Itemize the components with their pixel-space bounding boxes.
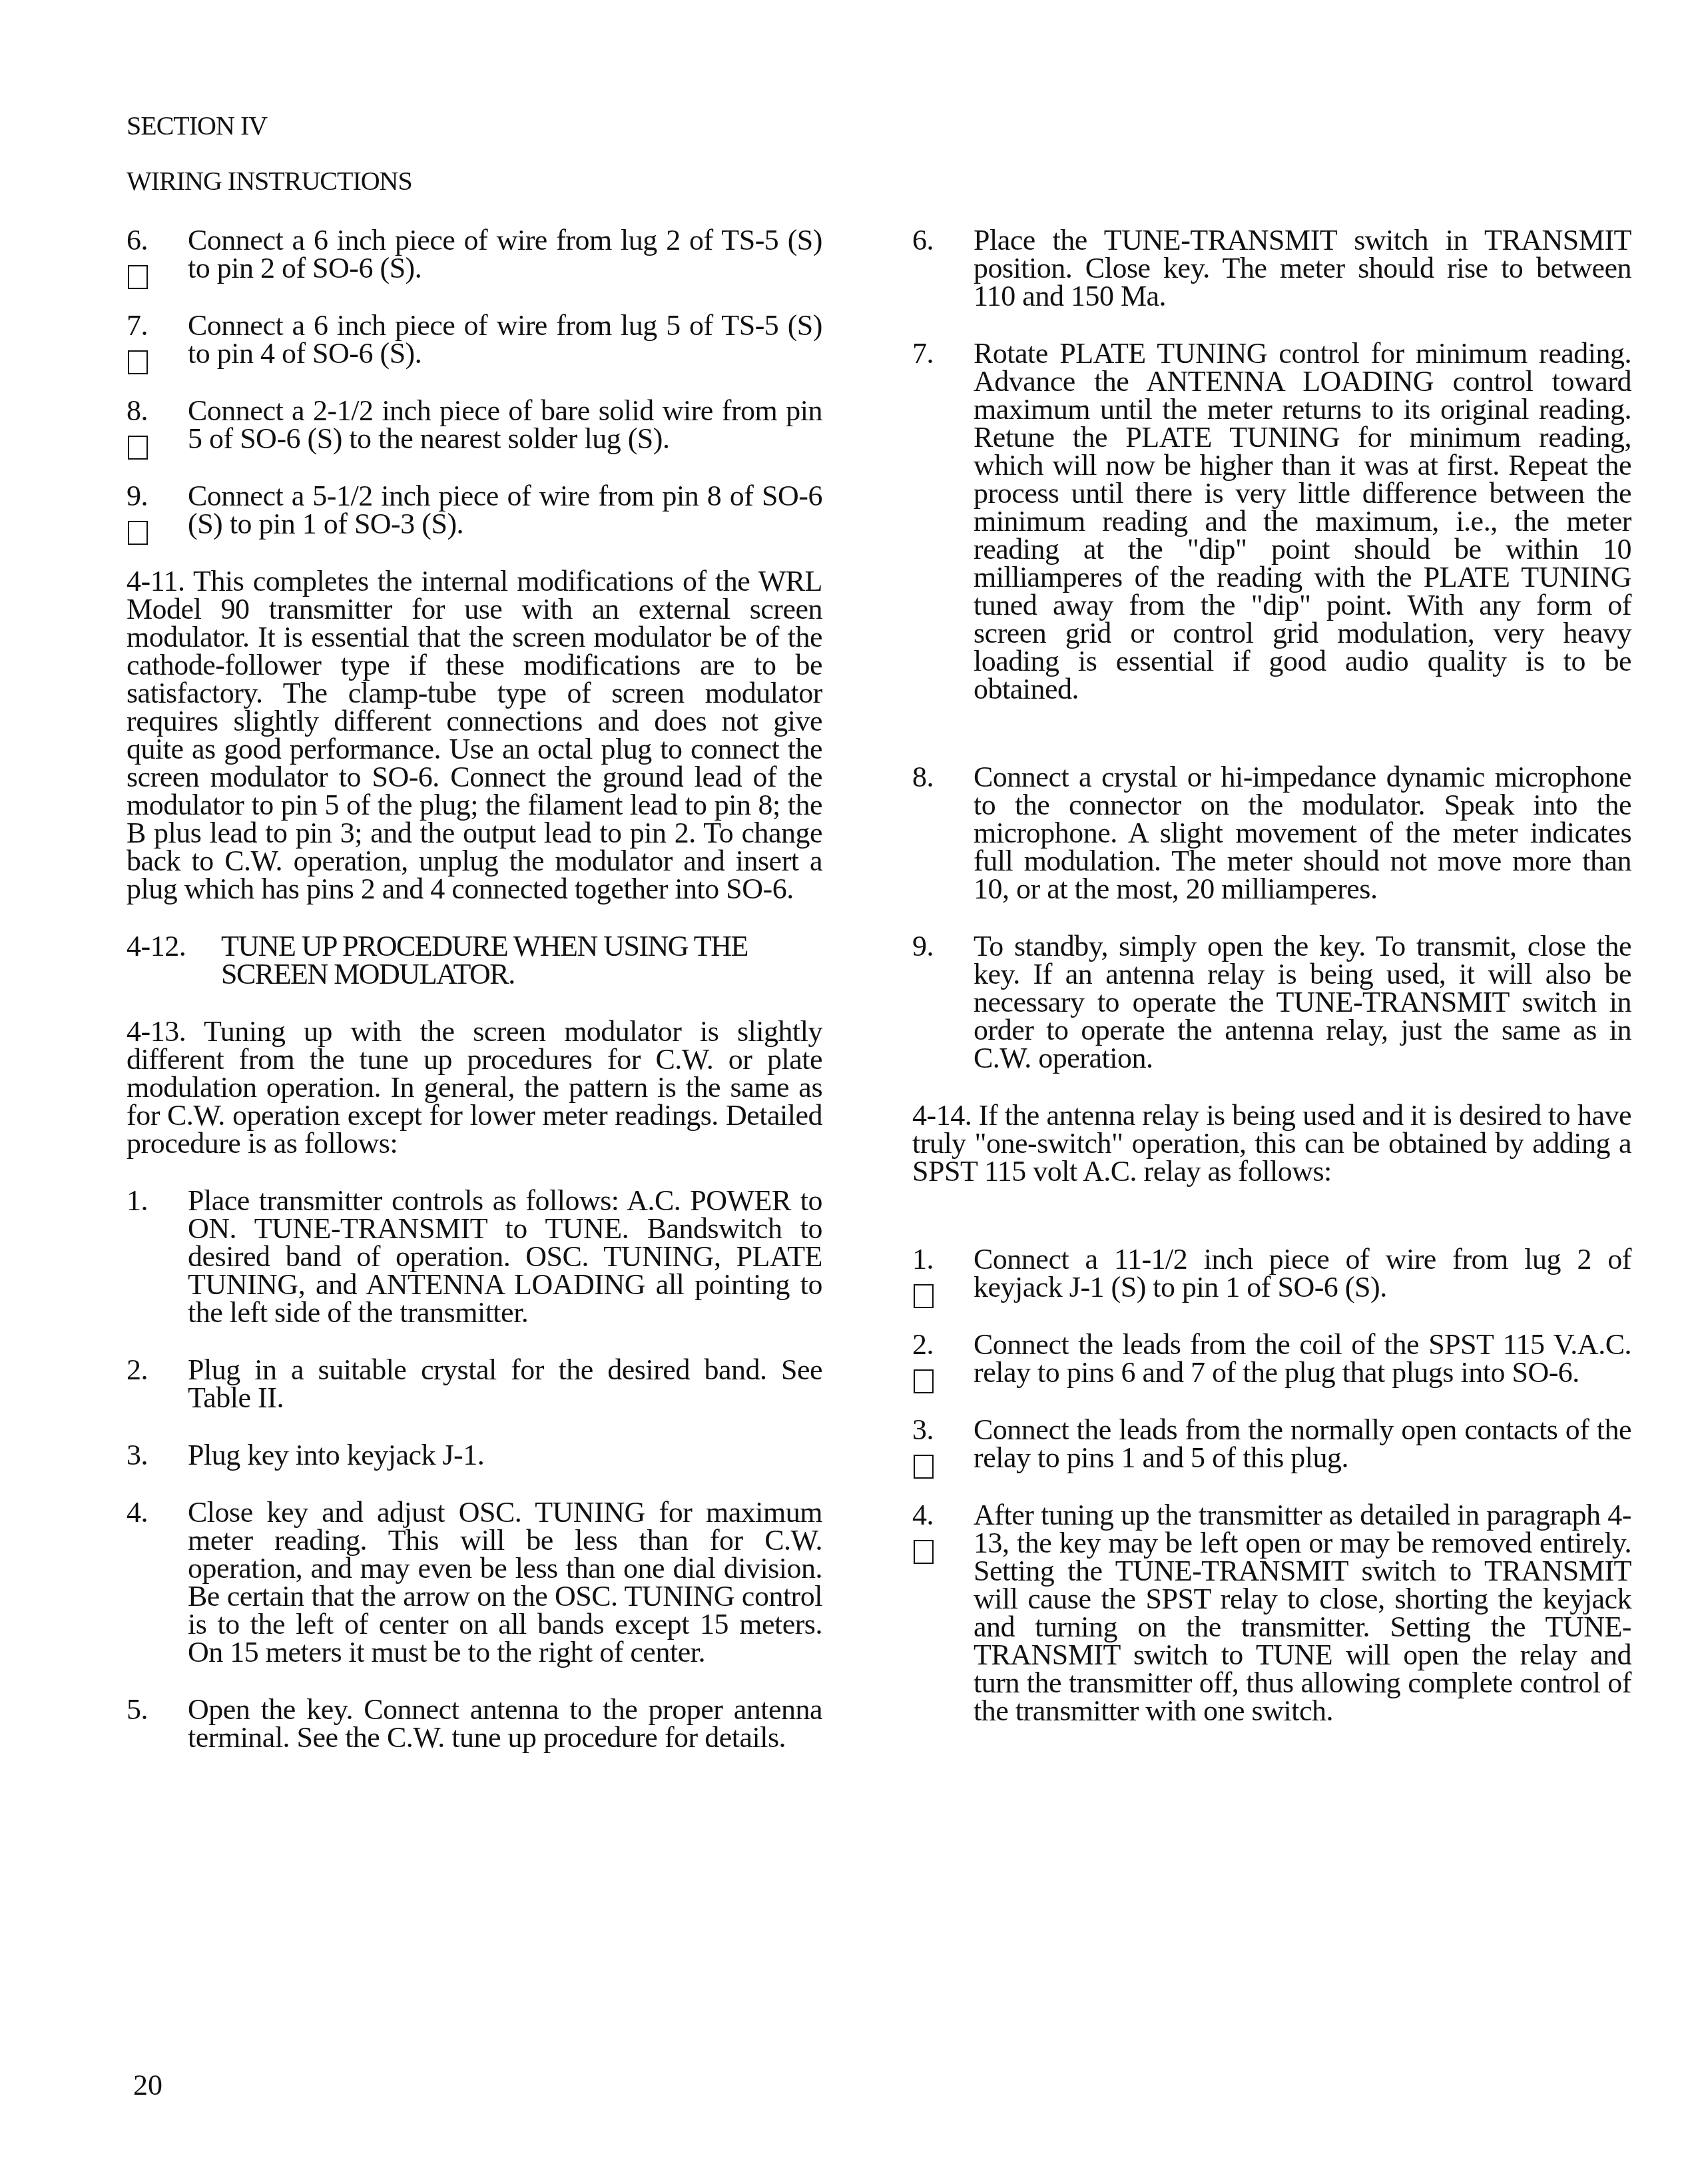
wiring-step: 7. Connect a 6 inch piece of wire from l…: [127, 312, 822, 368]
step-text: Close key and adjust OSC. TUNING for max…: [188, 1496, 822, 1668]
paragraph-number: 4-12.: [127, 932, 186, 960]
step-number: 1.: [127, 1187, 148, 1215]
step-text: Connect a crystal or hi-impedance dynami…: [974, 761, 1631, 905]
step-number: 9.: [127, 482, 148, 510]
tune-step: 5. Open the key. Connect antenna to the …: [127, 1696, 822, 1752]
step-text: Rotate PLATE TUNING control for minimum …: [974, 337, 1631, 705]
checkbox[interactable]: [128, 350, 148, 374]
step-text: Connect a 5-1/2 inch piece of wire from …: [188, 480, 822, 540]
step-text: Connect a 2-1/2 inch piece of bare solid…: [188, 394, 822, 455]
step-number: 3.: [912, 1416, 934, 1444]
tune-step: 1. Place transmitter controls as follows…: [127, 1187, 822, 1327]
tune-step: 9. To standby, simply open the key. To t…: [912, 932, 1631, 1072]
checkbox[interactable]: [914, 1455, 934, 1479]
checkbox[interactable]: [128, 265, 148, 289]
step-text: Place transmitter controls as follows: A…: [188, 1184, 822, 1329]
checkbox[interactable]: [128, 436, 148, 460]
step-text: Connect a 11-1/2 inch piece of wire from…: [974, 1243, 1631, 1303]
paragraph-4-12-heading: 4-12. TUNE UP PROCEDURE WHEN USING THE S…: [127, 932, 822, 988]
step-text: After tuning up the transmitter as detai…: [974, 1499, 1631, 1727]
manual-page: SECTION IV WIRING INSTRUCTIONS 6. Connec…: [0, 0, 1698, 2184]
paragraph-4-14: 4-14. If the antenna relay is being used…: [912, 1102, 1631, 1186]
step-number: 6.: [912, 226, 934, 254]
step-number: 7.: [127, 312, 148, 340]
step-number: 6.: [127, 226, 148, 254]
section-heading: SECTION IV: [127, 110, 267, 141]
wiring-step: 6. Connect a 6 inch piece of wire from l…: [127, 226, 822, 282]
paragraph-4-11: 4-11. This completes the internal modifi…: [127, 567, 822, 903]
heading-text: TUNE UP PROCEDURE WHEN USING THE SCREEN …: [221, 930, 748, 990]
step-text: Connect the leads from the coil of the S…: [974, 1328, 1631, 1389]
step-number: 2.: [127, 1356, 148, 1384]
paragraph-4-13: 4-13. Tuning up with the screen modulato…: [127, 1018, 822, 1158]
step-text: To standby, simply open the key. To tran…: [974, 930, 1631, 1074]
relay-step: 4. After tuning up the transmitter as de…: [912, 1501, 1631, 1725]
checkbox[interactable]: [914, 1369, 934, 1393]
left-column: 6. Connect a 6 inch piece of wire from l…: [127, 226, 822, 1781]
step-number: 5.: [127, 1696, 148, 1724]
wiring-step: 9. Connect a 5-1/2 inch piece of wire fr…: [127, 482, 822, 538]
relay-step: 3. Connect the leads from the normally o…: [912, 1416, 1631, 1472]
tune-step: 3. Plug key into keyjack J-1.: [127, 1441, 822, 1469]
step-text: Plug in a suitable crystal for the desir…: [188, 1353, 822, 1414]
tune-step: 8. Connect a crystal or hi-impedance dyn…: [912, 763, 1631, 903]
step-number: 8.: [912, 763, 934, 791]
step-text: Place the TUNE-TRANSMIT switch in TRANSM…: [974, 224, 1631, 312]
tune-step: 2. Plug in a suitable crystal for the de…: [127, 1356, 822, 1412]
step-number: 4.: [127, 1499, 148, 1527]
step-number: 8.: [127, 397, 148, 425]
tune-step: 7. Rotate PLATE TUNING control for minim…: [912, 340, 1631, 703]
step-number: 1.: [912, 1246, 934, 1274]
step-text: Open the key. Connect antenna to the pro…: [188, 1693, 822, 1754]
step-text: Connect a 6 inch piece of wire from lug …: [188, 224, 822, 284]
checkbox[interactable]: [914, 1540, 934, 1564]
page-number: 20: [133, 2068, 162, 2102]
step-number: 9.: [912, 932, 934, 960]
checkbox[interactable]: [914, 1284, 934, 1308]
step-number: 7.: [912, 340, 934, 368]
tune-step: 4. Close key and adjust OSC. TUNING for …: [127, 1499, 822, 1666]
relay-step: 2. Connect the leads from the coil of th…: [912, 1331, 1631, 1387]
right-column: 6. Place the TUNE-TRANSMIT switch in TRA…: [912, 226, 1631, 1754]
section-subtitle: WIRING INSTRUCTIONS: [127, 165, 412, 196]
step-number: 4.: [912, 1501, 934, 1529]
step-number: 2.: [912, 1331, 934, 1359]
relay-step: 1. Connect a 11-1/2 inch piece of wire f…: [912, 1246, 1631, 1301]
wiring-step: 8. Connect a 2-1/2 inch piece of bare so…: [127, 397, 822, 453]
step-text: Connect the leads from the normally open…: [974, 1413, 1631, 1474]
step-text: Connect a 6 inch piece of wire from lug …: [188, 309, 822, 370]
step-text: Plug key into keyjack J-1.: [188, 1439, 484, 1471]
step-number: 3.: [127, 1441, 148, 1469]
tune-step: 6. Place the TUNE-TRANSMIT switch in TRA…: [912, 226, 1631, 310]
checkbox[interactable]: [128, 521, 148, 545]
